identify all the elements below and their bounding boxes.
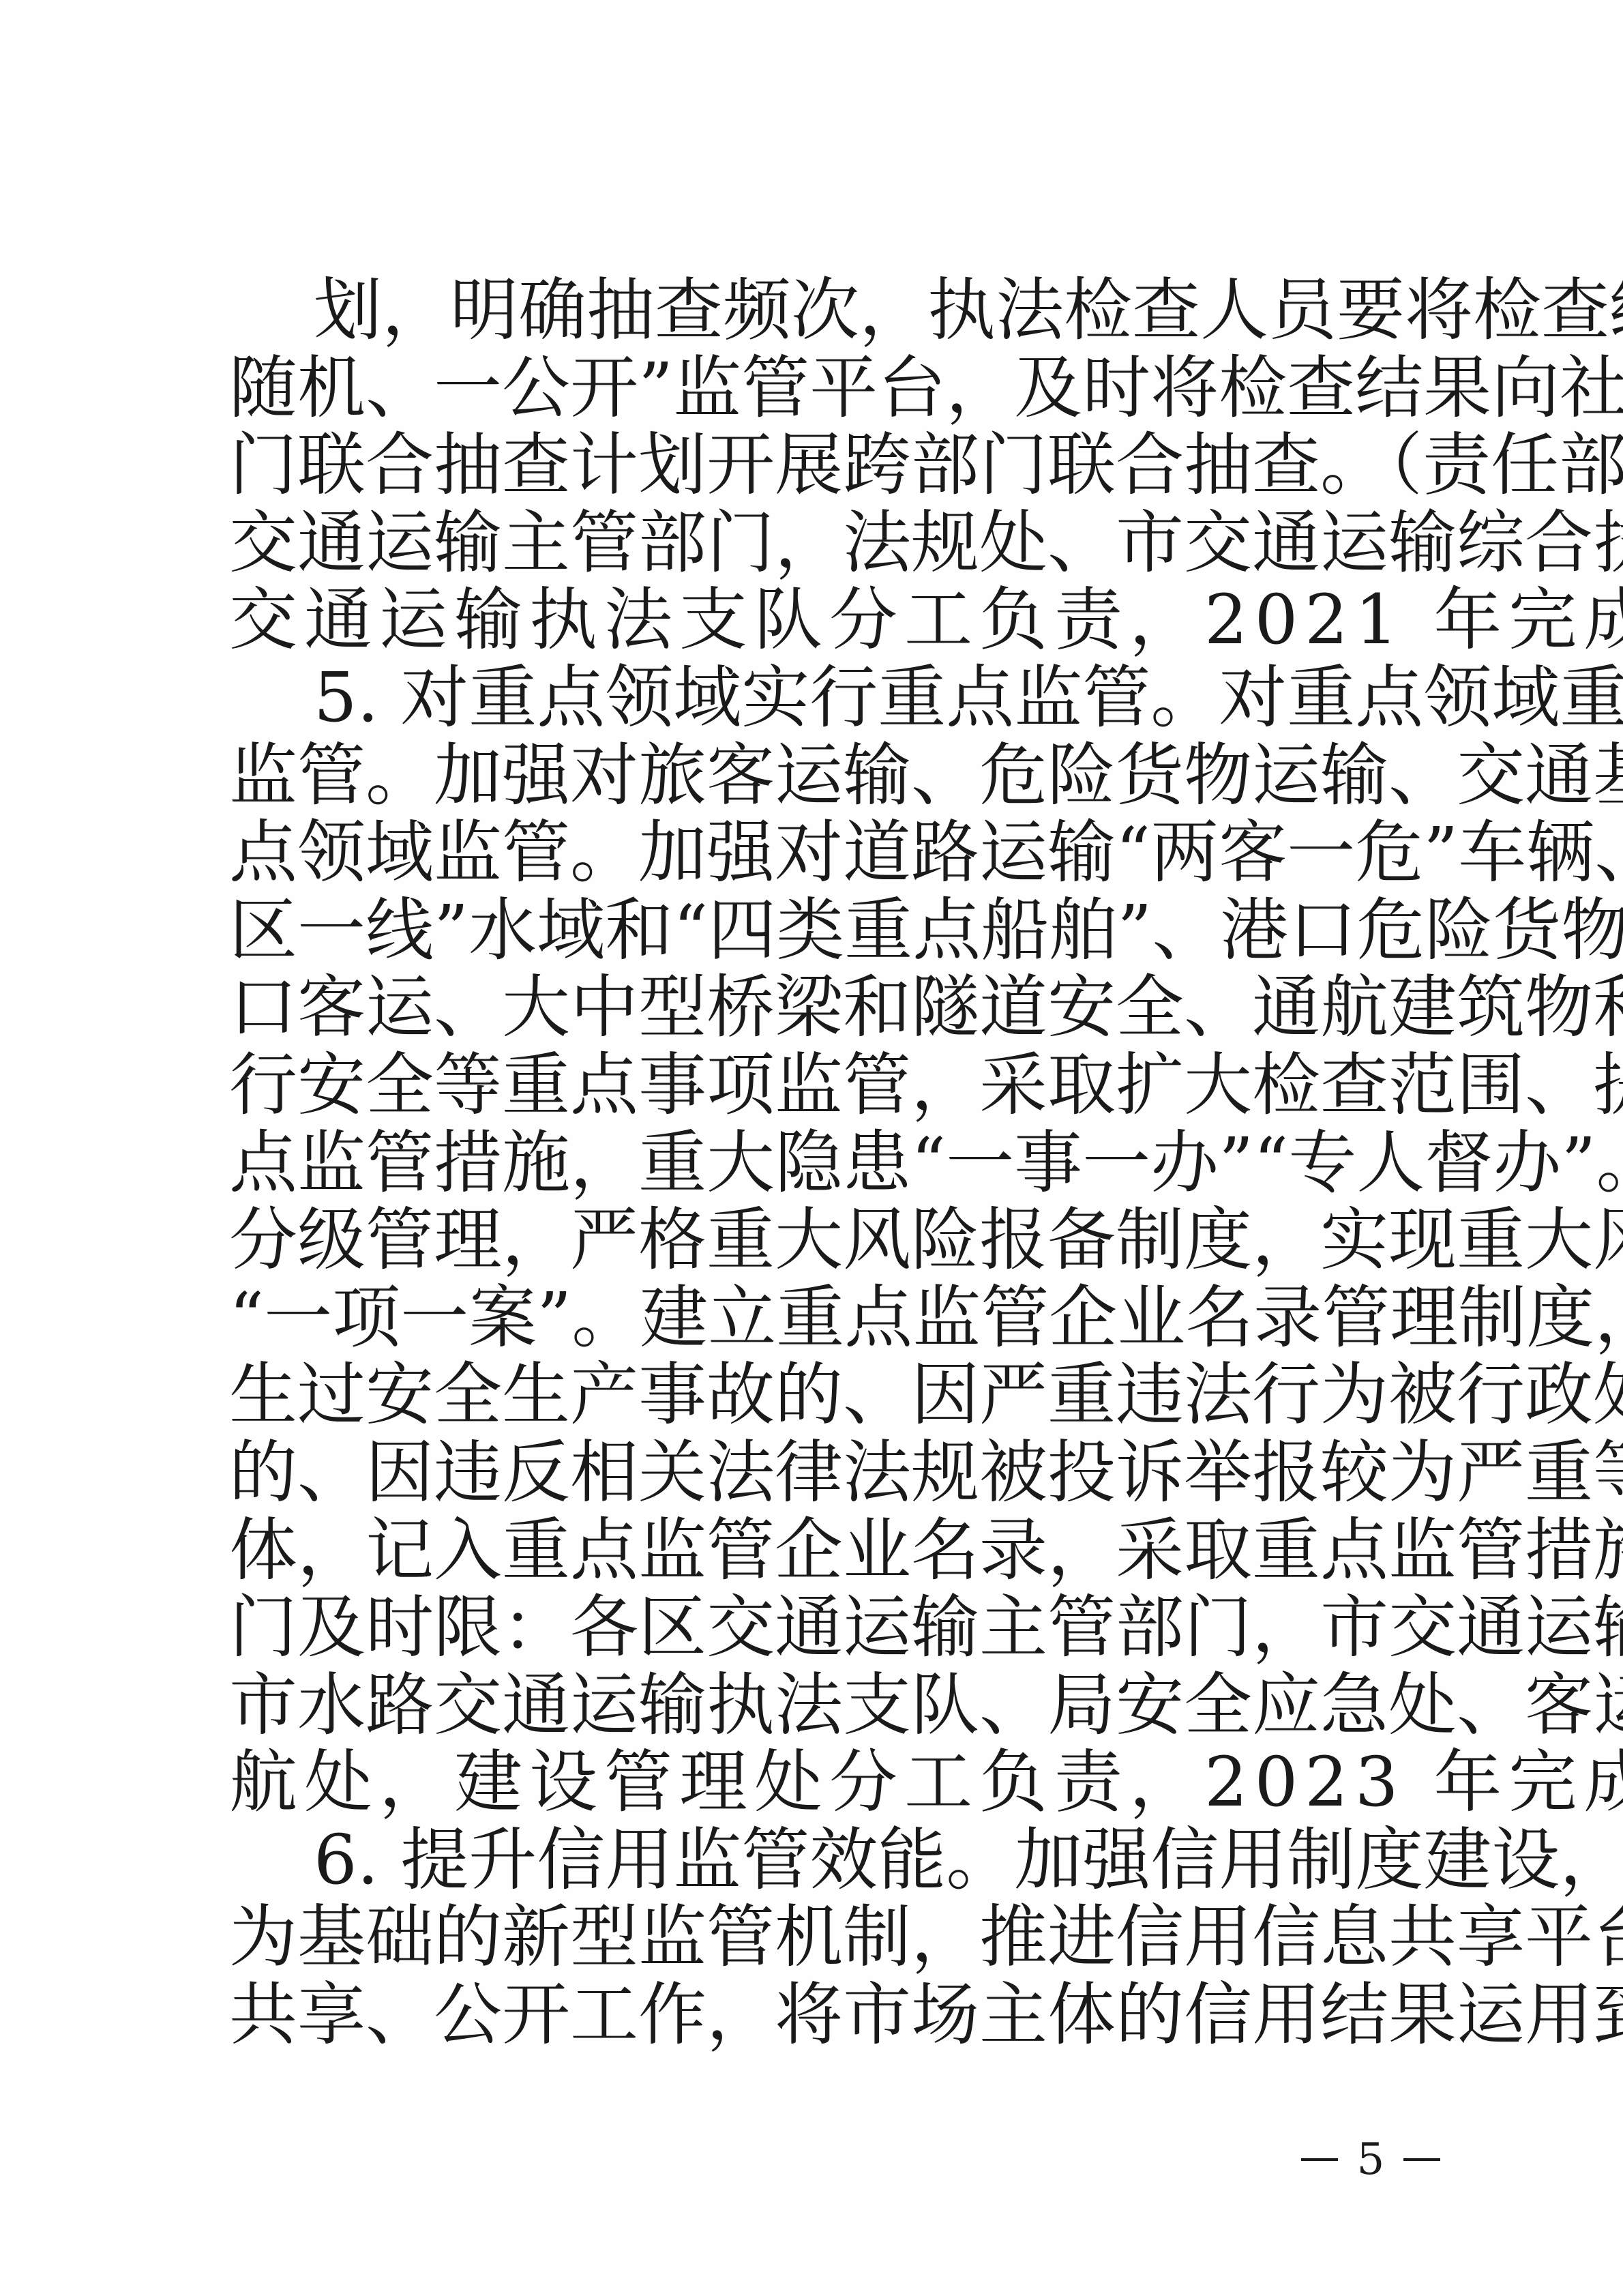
text-line: 行安全等重点事项监管，采取扩大检查范围、提高检查频次等重 bbox=[229, 1046, 1424, 1124]
text-line: 的、因违反相关法律法规被投诉举报较为严重等情形的市场主 bbox=[229, 1434, 1424, 1512]
body-text: 划，明确抽查频次，执法检查人员要将检查结果及时录入“双 随机、一公开”监管平台，… bbox=[229, 271, 1424, 2054]
text-line: 共享、公开工作，将市场主体的信用结果运用到事中事后监管中。 bbox=[229, 1976, 1424, 2054]
text-line: “一项一案”。建立重点监管企业名录管理制度，对存在近期发 bbox=[229, 1279, 1424, 1357]
text-line: 分级管理，严格重大风险报备制度，实现重大风险“一企一策” bbox=[229, 1201, 1424, 1279]
text-line: 交通运输主管部门，法规处、市交通运输综合执法支队、市水路 bbox=[229, 504, 1424, 582]
text-line: 体，记入重点监管企业名录，采取重点监管措施监管。（责任部 bbox=[229, 1512, 1424, 1589]
text-line: 监管。加强对旅客运输、危险货物运输、交通基础设施建设等重 bbox=[229, 737, 1424, 814]
dash-right bbox=[1403, 2158, 1440, 2161]
text-line: 点监管措施，重大隐患“一事一办”“专人督办”。推进实施风险 bbox=[229, 1124, 1424, 1202]
text-line: 门联合抽查计划开展跨部门联合抽查。（责任部门及时限：各区 bbox=[229, 426, 1424, 504]
text-line: 随机、一公开”监管平台，及时将检查结果向社会公示。按照部 bbox=[229, 349, 1424, 427]
text-line: 划，明确抽查频次，执法检查人员要将检查结果及时录入“双 bbox=[229, 271, 1424, 349]
page-number: 5 bbox=[1296, 2132, 1446, 2187]
text-line: 生过安全生产事故的、因严重违法行为被行政处罚的、屡罚屡犯 bbox=[229, 1356, 1424, 1434]
text-line: 交通运输执法支队分工负责，2021 年完成） bbox=[229, 581, 1424, 659]
text-line: 门及时限：各区交通运输主管部门，市交通运输综合执法支队、 bbox=[229, 1589, 1424, 1666]
text-line: 区一线”水域和“四类重点船舶”、港口危险货物装卸仓储和港 bbox=[229, 892, 1424, 969]
document-page: 划，明确抽查频次，执法检查人员要将检查结果及时录入“双 随机、一公开”监管平台，… bbox=[0, 0, 1623, 2296]
text-line: 口客运、大中型桥梁和隧道安全、通航建筑物和航运枢纽大坝运 bbox=[229, 969, 1424, 1046]
text-line: 航处，建设管理处分工负责，2023 年完成） bbox=[229, 1743, 1424, 1821]
page-number-value: 5 bbox=[1357, 2134, 1385, 2185]
section-heading-line: 5. 对重点领域实行重点监管。对重点领域重点事项实行重点 bbox=[229, 659, 1424, 737]
text-line: 为基础的新型监管机制，推进信用信息共享平台建设，做好归集、 bbox=[229, 1898, 1424, 1976]
section-heading-line: 6. 提升信用监管效能。加强信用制度建设，加快建立以信用 bbox=[229, 1821, 1424, 1899]
dash-left bbox=[1301, 2158, 1338, 2161]
text-line: 点领域监管。加强对道路运输“两客一危”车辆、水路运输“六 bbox=[229, 814, 1424, 892]
text-line: 市水路交通运输执法支队、局安全应急处、客运处、货运处、港 bbox=[229, 1666, 1424, 1744]
